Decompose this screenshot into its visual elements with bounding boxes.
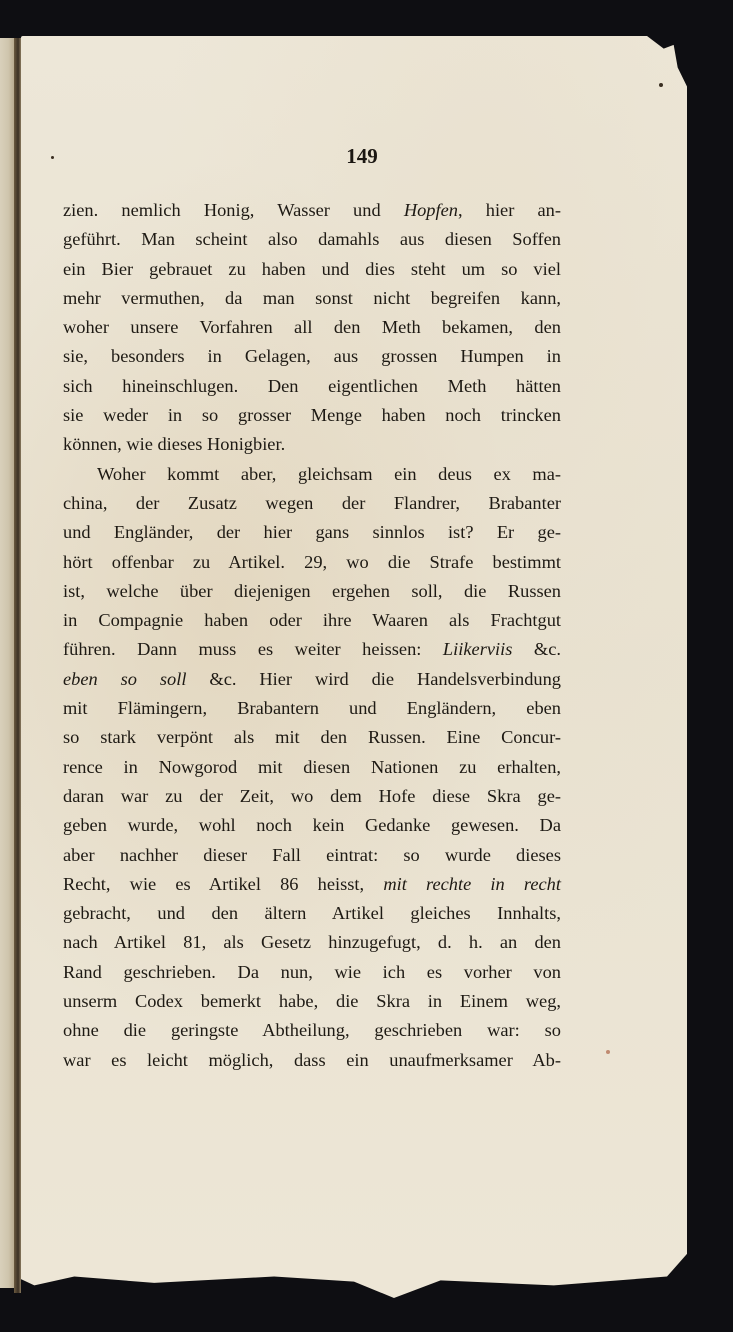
text-run: und Engländer, der hier gans sinnlos ist… [63, 522, 561, 542]
paper-speck [51, 156, 54, 159]
text-run: ist, welche über diejenigen ergehen soll… [63, 581, 561, 601]
italic-text: Liikerviis [443, 639, 512, 659]
text-run: geführt. Man scheint also damahls aus di… [63, 229, 561, 249]
text-run: Woher kommt aber, gleichsam ein deus ex … [97, 464, 561, 484]
text-line: daran war zu der Zeit, wo dem Hofe diese… [63, 782, 561, 811]
text-run: nach Artikel 81, als Gesetz hinzugefugt,… [63, 932, 561, 952]
text-run: war es leicht möglich, dass ein unaufmer… [63, 1050, 561, 1070]
text-line: gebracht, und den ältern Artikel gleiche… [63, 899, 561, 928]
paper-speck [659, 83, 663, 87]
text-line: nach Artikel 81, als Gesetz hinzugefugt,… [63, 928, 561, 957]
text-line: führen. Dann muss es weiter heissen: Lii… [63, 635, 561, 664]
text-run: Rand geschrieben. Da nun, wie ich es vor… [63, 962, 561, 982]
text-run: führen. Dann muss es weiter heissen: [63, 639, 443, 659]
text-line: Rand geschrieben. Da nun, wie ich es vor… [63, 958, 561, 987]
text-line: hört offenbar zu Artikel. 29, wo die Str… [63, 548, 561, 577]
text-run: geben wurde, wohl noch kein Gedanke gewe… [63, 815, 561, 835]
italic-text: Hopfen [404, 200, 458, 220]
text-line: zien. nemlich Honig, Wasser und Hopfen, … [63, 196, 561, 225]
text-line: unserm Codex bemerkt habe, die Skra in E… [63, 987, 561, 1016]
text-run: mehr vermuthen, da man sonst nicht begre… [63, 288, 561, 308]
text-run: zien. nemlich Honig, Wasser und [63, 200, 404, 220]
text-run: können, wie dieses Honigbier. [63, 434, 285, 454]
text-run: daran war zu der Zeit, wo dem Hofe diese… [63, 786, 561, 806]
text-line: Woher kommt aber, gleichsam ein deus ex … [63, 460, 561, 489]
text-run: gebracht, und den ältern Artikel gleiche… [63, 903, 561, 923]
text-line: ist, welche über diejenigen ergehen soll… [63, 577, 561, 606]
text-run: in Compagnie haben oder ihre Waaren als … [63, 610, 561, 630]
text-line: woher unsere Vorfahren all den Meth beka… [63, 313, 561, 342]
text-run: woher unsere Vorfahren all den Meth beka… [63, 317, 561, 337]
paper-speck [606, 1050, 610, 1054]
text-line: können, wie dieses Honigbier. [63, 430, 561, 459]
text-run: ohne die geringste Abtheilung, geschrieb… [63, 1020, 561, 1040]
text-line: so stark verpönt als mit den Russen. Ein… [63, 723, 561, 752]
italic-text: eben so soll [63, 669, 186, 689]
previous-page-edge [0, 38, 14, 1288]
text-run: rence in Nowgorod mit diesen Nationen zu… [63, 757, 561, 777]
text-line: ohne die geringste Abtheilung, geschrieb… [63, 1016, 561, 1045]
text-line: und Engländer, der hier gans sinnlos ist… [63, 518, 561, 547]
text-line: in Compagnie haben oder ihre Waaren als … [63, 606, 561, 635]
text-run: sich hineinschlugen. Den eigentlichen Me… [63, 376, 561, 396]
text-line: Recht, wie es Artikel 86 heisst, mit rec… [63, 870, 561, 899]
text-line: mit Flämingern, Brabantern und Engländer… [63, 694, 561, 723]
text-run: , hier an- [458, 200, 561, 220]
text-line: mehr vermuthen, da man sonst nicht begre… [63, 284, 561, 313]
book-spine-gutter [14, 38, 21, 1293]
book-page: 149 zien. nemlich Honig, Wasser und Hopf… [21, 36, 687, 1298]
body-text: zien. nemlich Honig, Wasser und Hopfen, … [63, 196, 561, 1075]
text-run: so stark verpönt als mit den Russen. Ein… [63, 727, 561, 747]
text-run: &c. [512, 639, 561, 659]
text-line: sie, besonders in Gelagen, aus grossen H… [63, 342, 561, 371]
text-run: hört offenbar zu Artikel. 29, wo die Str… [63, 552, 561, 572]
text-line: ein Bier gebrauet zu haben und dies steh… [63, 255, 561, 284]
text-line: sich hineinschlugen. Den eigentlichen Me… [63, 372, 561, 401]
text-run: unserm Codex bemerkt habe, die Skra in E… [63, 991, 561, 1011]
text-line: sie weder in so grosser Menge haben noch… [63, 401, 561, 430]
page-number: 149 [21, 144, 695, 169]
text-run: mit Flämingern, Brabantern und Engländer… [63, 698, 561, 718]
text-run: ein Bier gebrauet zu haben und dies steh… [63, 259, 561, 279]
text-run: Recht, wie es Artikel 86 heisst, [63, 874, 383, 894]
text-run: china, der Zusatz wegen der Flandrer, Br… [63, 493, 561, 513]
text-line: geführt. Man scheint also damahls aus di… [63, 225, 561, 254]
text-line: china, der Zusatz wegen der Flandrer, Br… [63, 489, 561, 518]
text-line: aber nachher dieser Fall eintrat: so wur… [63, 841, 561, 870]
text-line: war es leicht möglich, dass ein unaufmer… [63, 1046, 561, 1075]
italic-text: mit rechte in recht [383, 874, 561, 894]
text-line: geben wurde, wohl noch kein Gedanke gewe… [63, 811, 561, 840]
text-run: &c. Hier wird die Handelsverbindung [186, 669, 561, 689]
text-line: eben so soll &c. Hier wird die Handelsve… [63, 665, 561, 694]
text-run: sie, besonders in Gelagen, aus grossen H… [63, 346, 561, 366]
text-run: aber nachher dieser Fall eintrat: so wur… [63, 845, 561, 865]
text-run: sie weder in so grosser Menge haben noch… [63, 405, 561, 425]
text-line: rence in Nowgorod mit diesen Nationen zu… [63, 753, 561, 782]
